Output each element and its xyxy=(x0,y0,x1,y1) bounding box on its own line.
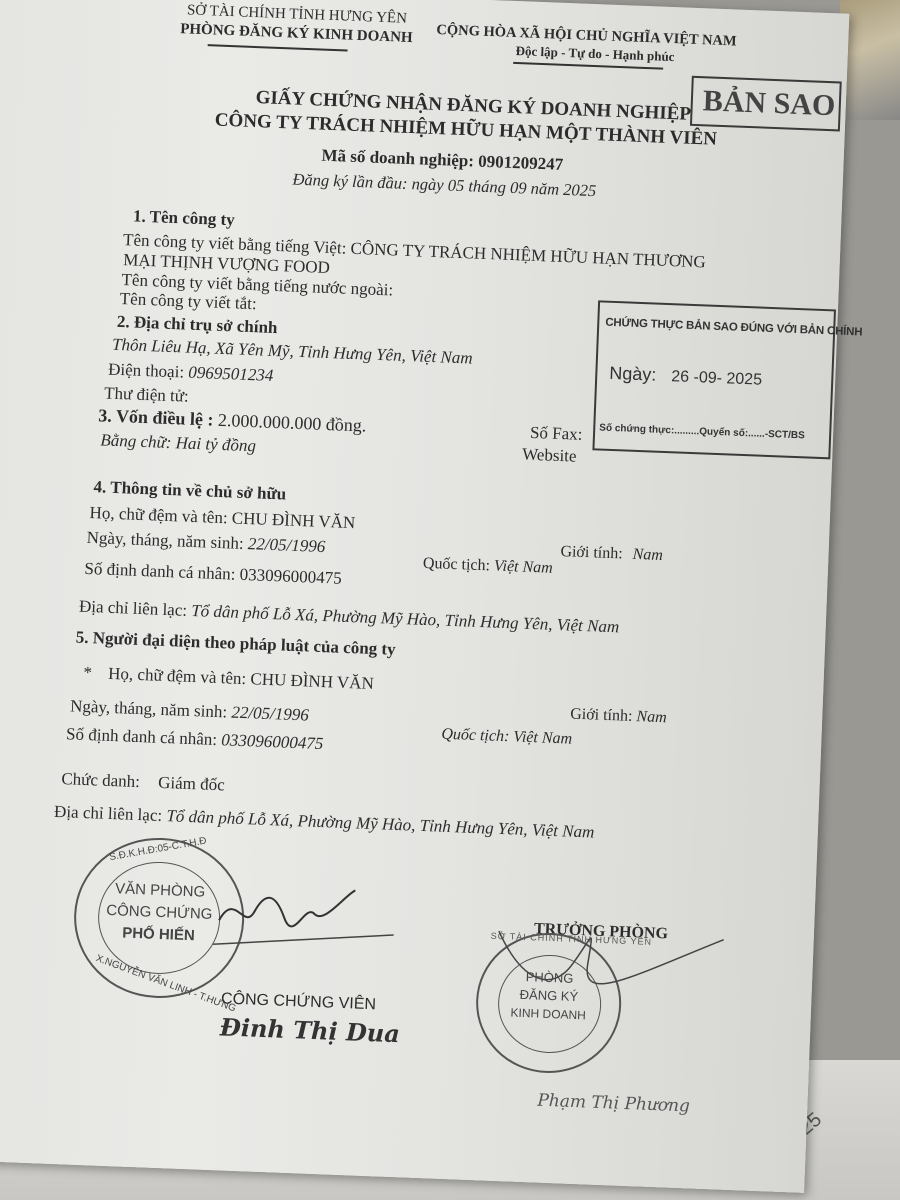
registration-certificate: SỞ TÀI CHÍNH TỈNH HƯNG YÊN PHÒNG ĐĂNG KÝ… xyxy=(0,0,849,1193)
rep-contact: Địa chỉ liên lạc: Tổ dân phố Lỗ Xá, Phườ… xyxy=(54,802,595,843)
phone-row: Điện thoại: 0969501234 xyxy=(108,360,274,386)
rep-gender: Giới tính: Nam xyxy=(570,706,667,728)
owner-dob: Ngày, tháng, năm sinh: 22/05/1996 xyxy=(86,528,325,557)
email-label: Thư điện tử: xyxy=(104,383,189,406)
capital-in-words: Bằng chữ: Hai tỷ đồng xyxy=(100,430,256,456)
website-label: Website xyxy=(522,445,577,467)
capital-value: 2.000.000.000 đồng. xyxy=(218,410,367,436)
enterprise-code: Mã số doanh nghiệp: 0901209247 xyxy=(321,146,563,175)
enterprise-code-value: 0901209247 xyxy=(478,152,564,174)
rep-id: Số định danh cá nhân: 033096000475 xyxy=(66,724,324,754)
certification-stamp: CHỨNG THỰC BẢN SAO ĐÚNG VỚI BẢN CHÍNH Ng… xyxy=(592,300,836,459)
owner-nationality: Quốc tịch: Việt Nam xyxy=(423,555,554,578)
owner-gender: Giới tính: Nam xyxy=(560,543,663,565)
head-of-office-signature: Phạm Thị Phương xyxy=(537,1091,690,1117)
divider xyxy=(208,44,348,51)
section4-heading: 4. Thông tin về chủ sở hữu xyxy=(93,477,286,504)
section1-heading: 1. Tên công ty xyxy=(133,206,235,230)
notary-signature: Đinh Thị Dua xyxy=(219,1012,400,1048)
rep-title: Chức danh: Giám đốc xyxy=(61,769,225,795)
notary-role: CÔNG CHỨNG VIÊN xyxy=(221,990,377,1014)
phone-value: 0969501234 xyxy=(188,363,274,385)
company-name-short-label: Tên công ty viết tắt: xyxy=(119,289,257,314)
owner-id: Số định danh cá nhân: 033096000475 xyxy=(84,559,342,589)
rep-nationality: Quốc tịch: Việt Nam xyxy=(441,726,572,749)
rep-dob: Ngày, tháng, năm sinh: 22/05/1996 xyxy=(70,696,309,725)
notary-signature-scribble xyxy=(213,880,416,968)
registry-signature-scribble xyxy=(491,921,734,1020)
rep-name: * Họ, chữ đệm và tên: CHU ĐÌNH VĂN xyxy=(83,663,374,694)
section2-heading: 2. Địa chỉ trụ sở chính xyxy=(117,312,278,338)
certification-date: Ngày: 26 -09- 2025 xyxy=(609,363,762,390)
certification-number: Số chứng thực:.........Quyển số:......-S… xyxy=(599,422,805,441)
section5-heading: 5. Người đại diện theo pháp luật của côn… xyxy=(75,628,396,660)
copy-stamp: BẢN SAO xyxy=(690,76,842,132)
fax-label: Số Fax: xyxy=(530,423,583,445)
